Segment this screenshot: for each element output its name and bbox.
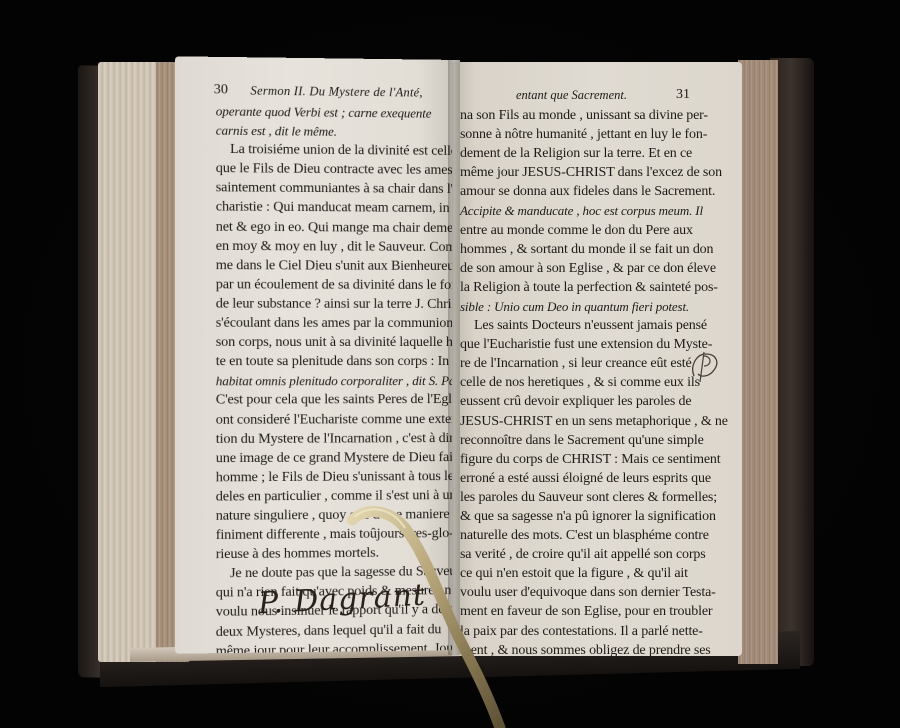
left-running-head: Sermon II. Du Mystere de l'Anté, bbox=[250, 84, 422, 101]
text-line: eussent crû devoir expliquer les paroles… bbox=[460, 392, 690, 411]
text-line: amour se donna aux fideles dans le Sacre… bbox=[460, 182, 690, 201]
text-line: deux Mysteres, dans lequel qu'il a fait … bbox=[216, 619, 460, 642]
text-line: dement de la Religion sur la terre. Et e… bbox=[460, 144, 690, 163]
left-page-number: 30 bbox=[214, 82, 228, 98]
right-page-number: 31 bbox=[676, 87, 690, 103]
text-line: figure du corps de CHRIST : Mais ce sent… bbox=[460, 450, 690, 469]
text-line: me dans le Ciel Dieu s'unit aux Bienheur… bbox=[216, 256, 460, 276]
right-page-stack-edge bbox=[738, 60, 778, 664]
text-line: que l'Eucharistie fust une extension du … bbox=[460, 335, 690, 354]
text-line: sonne à nôtre humanité , jettant en luy … bbox=[460, 125, 690, 144]
text-line: que le Fils de Dieu contracte avec les a… bbox=[216, 159, 460, 181]
left-page-text: operante quod Verbi est ; carne exequent… bbox=[216, 101, 460, 653]
book-gutter bbox=[448, 60, 460, 655]
text-line: habitat omnis plenitudo corporaliter , d… bbox=[216, 371, 460, 391]
text-line: de son amour à son Eglise , & par ce don… bbox=[460, 259, 690, 278]
right-running-head: entant que Sacrement. bbox=[516, 88, 627, 103]
text-line: te en toute sa plenitude dans son corps … bbox=[216, 352, 460, 371]
text-line: JESUS-CHRIST en un sens metaphorique , &… bbox=[460, 412, 690, 431]
text-line: ce qui n'en estoit que la figure , & qu'… bbox=[460, 564, 690, 583]
text-line: en moy & moy en luy , dit le Sauveur. Co… bbox=[216, 236, 460, 257]
text-line: la paix par des contestations. Il a parl… bbox=[460, 622, 690, 641]
text-line: erroné a esté aussi éloigné de leurs esp… bbox=[460, 469, 690, 488]
text-line: la Religion à toute la perfection & sain… bbox=[460, 278, 690, 297]
text-line: celle de nos heretiques , & si comme eux… bbox=[460, 373, 690, 392]
text-line: les paroles du Sauveur sont cleres & for… bbox=[460, 488, 690, 507]
text-line: une image de ce grand Mystere de Dieu fa… bbox=[216, 447, 460, 467]
text-line: C'est pour cela que les saints Peres de … bbox=[216, 390, 460, 410]
text-line: saintement communiantes à sa chair dans … bbox=[216, 179, 460, 200]
text-line: par un écoulement de sa divinité dans le… bbox=[216, 275, 460, 295]
text-line: & que sa sagesse n'a pû ignorer la signi… bbox=[460, 507, 690, 526]
text-line: ment en faveur de son Eglise, pour en tr… bbox=[460, 602, 690, 621]
text-line: s'écoulant dans les ames par la communio… bbox=[216, 314, 460, 334]
text-line: ont consideré l'Euchariste comme une ext… bbox=[216, 409, 460, 429]
text-line: net & ego in eo. Qui mange ma chair deme… bbox=[216, 217, 460, 238]
text-line: de leur substance ? ainsi sur la terre J… bbox=[216, 294, 460, 314]
text-line: nature singuliere , quoy que d'une manie… bbox=[216, 505, 460, 526]
text-line: ment , & nous sommes obligez de prendre … bbox=[460, 641, 690, 656]
left-page: 30 Sermon II. Du Mystere de l'Anté, oper… bbox=[175, 56, 460, 653]
text-line: son corps, nous unit à sa divinité laque… bbox=[216, 333, 460, 352]
text-line: entre au monde comme le don du Pere aux bbox=[460, 221, 690, 240]
text-line: finiment differente , mais toûjours tres… bbox=[216, 524, 460, 545]
right-page-text: na son Fils au monde , unissant sa divin… bbox=[460, 106, 690, 656]
text-line: re de l'Incarnation , si leur creance eû… bbox=[460, 354, 690, 373]
text-line: sible : Unio cum Deo in quantum fieri po… bbox=[460, 297, 690, 316]
handwritten-monogram-icon bbox=[686, 346, 726, 386]
text-line: même jour JESUS-CHRIST dans l'excez de s… bbox=[460, 163, 690, 182]
text-line: naturelle des mots. C'est un blasphéme c… bbox=[460, 526, 690, 545]
text-line: La troisiéme union de la divinité est ce… bbox=[216, 140, 460, 162]
text-line: charistie : Qui manducat meam carnem, in… bbox=[216, 198, 460, 219]
text-line: Les saints Docteurs n'eussent jamais pen… bbox=[460, 316, 690, 335]
text-line: hommes , & sortant du monde il se fait u… bbox=[460, 240, 690, 259]
text-line: homme ; le Fils de Dieu s'unissant à tou… bbox=[216, 467, 460, 488]
text-line: tion du Mystere de l'Incarnation , c'est… bbox=[216, 428, 460, 448]
text-line: reconnoître dans le Sacrement qu'une sim… bbox=[460, 431, 690, 450]
text-line: rieuse à des hommes mortels. bbox=[216, 543, 460, 565]
text-line: deles en particulier , comme il s'est un… bbox=[216, 486, 460, 507]
text-line: voulu user d'equivoque dans son dernier … bbox=[460, 583, 690, 602]
text-line: Accipite & manducate , hoc est corpus me… bbox=[460, 201, 690, 220]
text-line: sa verité , de croire qu'il ait appellé … bbox=[460, 545, 690, 564]
text-line: na son Fils au monde , unissant sa divin… bbox=[460, 106, 690, 125]
